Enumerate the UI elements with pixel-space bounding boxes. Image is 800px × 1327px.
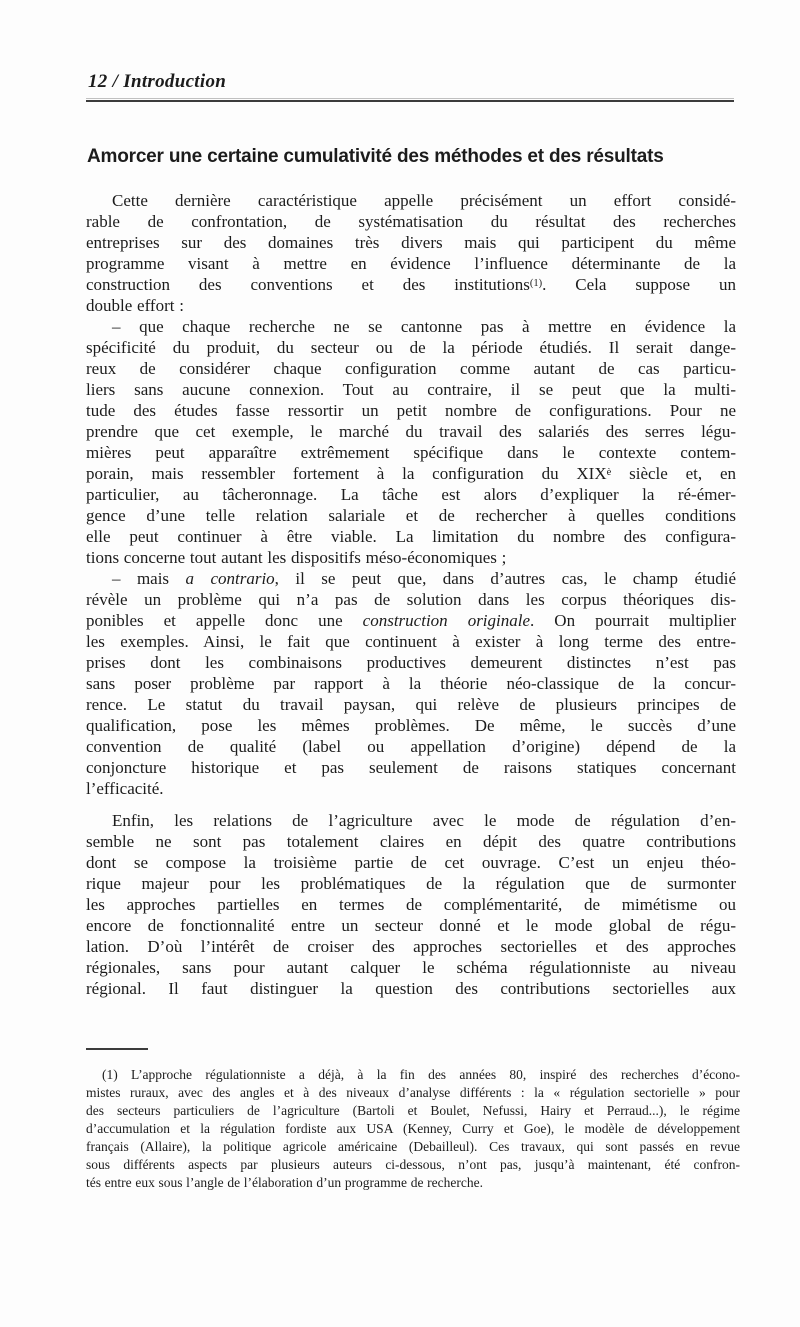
text-line: sous différents aspects par plusieurs au… (86, 1156, 740, 1174)
text-segment: rable de confrontation, de systématisati… (86, 212, 736, 231)
text-line: régional. Il faut distinguer la question… (86, 978, 736, 999)
text-segment: particulier, au tâcheronnage. La tâche e… (86, 485, 736, 504)
text-line: tude des études fasse ressortir un petit… (86, 400, 736, 421)
text-segment: – que chaque recherche ne se cantonne pa… (112, 317, 736, 336)
text-segment: conjoncture historique et pas seulement … (86, 758, 736, 777)
text-line: prendre que cet exemple, le marché du tr… (86, 421, 736, 442)
section-heading: Amorcer une certaine cumulativité des mé… (87, 146, 747, 168)
text-segment: tés entre eux sous l’angle de l’élaborat… (86, 1175, 483, 1190)
text-line: construction des conventions et des inst… (86, 274, 736, 295)
text-segment: régional. Il faut distinguer la question… (86, 979, 736, 998)
text-line: tés entre eux sous l’angle de l’élaborat… (86, 1174, 740, 1192)
text-line: mistes ruraux, avec des angles et à des … (86, 1084, 740, 1102)
text-line: (1) L’approche régulationniste a déjà, à… (86, 1066, 740, 1084)
text-segment: convention de qualité (label ou appellat… (86, 737, 736, 756)
text-segment: double effort : (86, 296, 184, 315)
footnote-text: (1) L’approche régulationniste a déjà, à… (86, 1066, 740, 1192)
text-line: reux de considérer chaque configuration … (86, 358, 736, 379)
italic-phrase: construction originale (363, 611, 530, 630)
text-segment: tions concerne tout autant les dispositi… (86, 548, 506, 567)
text-segment: . Cela suppose un (542, 275, 736, 294)
text-segment: (1) L’approche régulationniste a déjà, à… (102, 1067, 740, 1082)
book-page: 12 / Introduction Amorcer une certaine c… (0, 0, 800, 1327)
text-line: porain, mais ressembler fortement à la c… (86, 463, 736, 484)
text-line: convention de qualité (label ou appellat… (86, 736, 736, 757)
text-segment: mistes ruraux, avec des angles et à des … (86, 1085, 740, 1100)
text-segment: rique majeur pour les problématiques de … (86, 874, 736, 893)
footnote-rule (86, 1048, 148, 1050)
text-segment: lation. D’où l’intérêt de croiser des ap… (86, 937, 736, 956)
text-segment: sans poser problème par rapport à la thé… (86, 674, 736, 693)
text-line: elle peut continuer à être viable. La li… (86, 526, 736, 547)
paragraph: (1) L’approche régulationniste a déjà, à… (86, 1066, 740, 1192)
text-segment: gence d’une telle relation salariale et … (86, 506, 736, 525)
text-segment: des secteurs particuliers de l’agricultu… (86, 1103, 740, 1118)
text-segment: prises dont les combinaisons productives… (86, 653, 736, 672)
text-segment: , il se peut que, dans d’autres cas, le … (275, 569, 736, 588)
text-segment: Cette dernière caractéristique appelle p… (112, 191, 736, 210)
text-segment: français (Allaire), la politique agricol… (86, 1139, 740, 1154)
text-line: sans poser problème par rapport à la thé… (86, 673, 736, 694)
header-rule-shadow (86, 98, 734, 99)
text-line: des secteurs particuliers de l’agricultu… (86, 1102, 740, 1120)
text-segment: ponibles et appelle donc une (86, 611, 363, 630)
paragraph: Cette dernière caractéristique appelle p… (86, 190, 736, 316)
text-segment: entreprises sur des domaines très divers… (86, 233, 736, 252)
text-segment: semble ne sont pas totalement claires en… (86, 832, 736, 851)
text-line: les exemples. Ainsi, le fait que continu… (86, 631, 736, 652)
text-line: – que chaque recherche ne se cantonne pa… (86, 316, 736, 337)
text-line: liers sans aucune connexion. Tout au con… (86, 379, 736, 400)
text-segment: porain, mais ressembler fortement à la c… (86, 464, 607, 483)
text-line: mières peut apparaître extrêmement spéci… (86, 442, 736, 463)
text-line: entreprises sur des domaines très divers… (86, 232, 736, 253)
text-segment: mières peut apparaître extrêmement spéci… (86, 443, 736, 462)
text-segment: prendre que cet exemple, le marché du tr… (86, 422, 736, 441)
text-segment: révèle un problème qui n’a pas de soluti… (86, 590, 736, 609)
text-line: d’accumulation et la régulation fordiste… (86, 1120, 740, 1138)
text-segment: qualification, pose les mêmes problèmes.… (86, 716, 736, 735)
text-segment: sous différents aspects par plusieurs au… (86, 1157, 740, 1172)
text-segment: les approches partielles en termes de co… (86, 895, 736, 914)
text-line: régionales, sans pour autant calquer le … (86, 957, 736, 978)
text-line: lation. D’où l’intérêt de croiser des ap… (86, 936, 736, 957)
paragraph: – mais a contrario, il se peut que, dans… (86, 568, 736, 799)
text-line: gence d’une telle relation salariale et … (86, 505, 736, 526)
text-line: rique majeur pour les problématiques de … (86, 873, 736, 894)
text-segment: liers sans aucune connexion. Tout au con… (86, 380, 736, 399)
text-line: spécificité du produit, du secteur ou de… (86, 337, 736, 358)
text-segment: – mais (112, 569, 186, 588)
text-segment: dont se compose la troisième partie de c… (86, 853, 736, 872)
text-line: tions concerne tout autant les dispositi… (86, 547, 736, 568)
text-segment: siècle et, en (611, 464, 736, 483)
text-segment: elle peut continuer à être viable. La li… (86, 527, 736, 546)
text-line: ponibles et appelle donc une constructio… (86, 610, 736, 631)
body-paragraphs: Cette dernière caractéristique appelle p… (86, 190, 736, 999)
text-line: semble ne sont pas totalement claires en… (86, 831, 736, 852)
text-segment: encore de fonctionnalité entre un secteu… (86, 916, 736, 935)
text-line: les approches partielles en termes de co… (86, 894, 736, 915)
text-line: Enfin, les relations de l’agriculture av… (86, 810, 736, 831)
header-rule (86, 98, 734, 102)
text-line: dont se compose la troisième partie de c… (86, 852, 736, 873)
text-line: français (Allaire), la politique agricol… (86, 1138, 740, 1156)
text-line: qualification, pose les mêmes problèmes.… (86, 715, 736, 736)
text-segment: tude des études fasse ressortir un petit… (86, 401, 736, 420)
paragraph: Enfin, les relations de l’agriculture av… (86, 810, 736, 999)
text-line: révèle un problème qui n’a pas de soluti… (86, 589, 736, 610)
text-segment: Enfin, les relations de l’agriculture av… (112, 811, 736, 830)
text-segment: rence. Le statut du travail paysan, qui … (86, 695, 736, 714)
text-segment: régionales, sans pour autant calquer le … (86, 958, 736, 977)
running-head: 12 / Introduction (88, 71, 226, 93)
text-segment: programme visant à mettre en évidence l’… (86, 254, 736, 273)
text-line: Cette dernière caractéristique appelle p… (86, 190, 736, 211)
text-line: double effort : (86, 295, 736, 316)
text-line: conjoncture historique et pas seulement … (86, 757, 736, 778)
text-segment: . On pourrait multiplier (530, 611, 736, 630)
header-rule-line (86, 100, 734, 102)
text-line: programme visant à mettre en évidence l’… (86, 253, 736, 274)
text-segment: reux de considérer chaque configuration … (86, 359, 736, 378)
text-line: rence. Le statut du travail paysan, qui … (86, 694, 736, 715)
text-segment: les exemples. Ainsi, le fait que continu… (86, 632, 736, 651)
text-line: rable de confrontation, de systématisati… (86, 211, 736, 232)
text-line: – mais a contrario, il se peut que, dans… (86, 568, 736, 589)
text-segment: l’efficacité. (86, 779, 164, 798)
text-segment: spécificité du produit, du secteur ou de… (86, 338, 736, 357)
text-line: particulier, au tâcheronnage. La tâche e… (86, 484, 736, 505)
italic-phrase: a contrario (186, 569, 275, 588)
text-line: l’efficacité. (86, 778, 736, 799)
text-segment: construction des conventions et des inst… (86, 275, 530, 294)
paragraph: – que chaque recherche ne se cantonne pa… (86, 316, 736, 568)
text-line: prises dont les combinaisons productives… (86, 652, 736, 673)
text-line: encore de fonctionnalité entre un secteu… (86, 915, 736, 936)
text-segment: d’accumulation et la régulation fordiste… (86, 1121, 740, 1136)
